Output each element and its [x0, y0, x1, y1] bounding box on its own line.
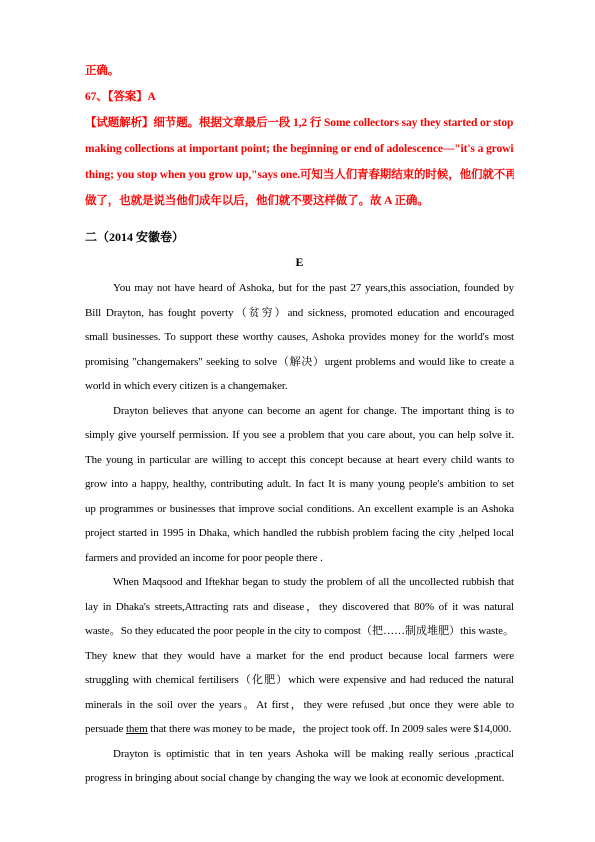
- text-line: making collections at important point; t…: [85, 136, 514, 162]
- passage-label: E: [85, 250, 514, 274]
- text-segment: grow into a happy, healthy, contributing…: [85, 478, 514, 490]
- text-segment: promising "changemakers" seeking to solv…: [85, 356, 514, 368]
- text-segment: 做了，也就是说当他们成年以后，他们就不要这样做了。故 A 正确。: [85, 195, 429, 207]
- text-segment: farmers and provided an income for poor …: [85, 552, 323, 564]
- text-line: small businesses. To support these worth…: [85, 325, 514, 350]
- paragraph: When Maqsood and Iftekhar began to study…: [85, 570, 514, 742]
- text-line: promising "changemakers" seeking to solv…: [85, 350, 514, 375]
- text-line: progress in bringing about social change…: [85, 766, 514, 791]
- text-segment: They knew that they would have a market …: [85, 650, 514, 662]
- answer-explanation-block: 正确。67、【答案】A【试题解析】细节题。根据文章最后一段 1,2 行 Some…: [85, 58, 514, 214]
- text-line: 67、【答案】A: [85, 84, 514, 110]
- text-line: waste。So they educated the poor people i…: [85, 619, 514, 644]
- reading-passage: You may not have heard of Ashoka, but fo…: [85, 276, 514, 791]
- text-segment: up programmes or businesses that improve…: [85, 503, 514, 515]
- text-segment: You may not have heard of Ashoka, but fo…: [113, 282, 514, 294]
- text-segment: Drayton believes that anyone can become …: [113, 405, 514, 417]
- text-segment: minerals in the soil over the years。At f…: [85, 699, 514, 711]
- text-segment: waste。So they educated the poor people i…: [85, 625, 514, 637]
- paragraph: 【试题解析】细节题。根据文章最后一段 1,2 行 Some collectors…: [85, 110, 514, 214]
- text-line: minerals in the soil over the years。At f…: [85, 693, 514, 718]
- text-segment: lay in Dhaka's streets,Attracting rats a…: [85, 601, 514, 613]
- text-segment: 【试题解析】细节题。根据文章最后一段 1,2 行 Some collectors…: [85, 117, 514, 129]
- text-segment: 67、【答案】A: [85, 91, 156, 103]
- text-line: grow into a happy, healthy, contributing…: [85, 472, 514, 497]
- paragraph: Drayton believes that anyone can become …: [85, 399, 514, 571]
- page-content: 正确。67、【答案】A【试题解析】细节题。根据文章最后一段 1,2 行 Some…: [85, 58, 514, 791]
- text-line: up programmes or businesses that improve…: [85, 497, 514, 522]
- text-segment: progress in bringing about social change…: [85, 772, 504, 784]
- text-segment: When Maqsood and Iftekhar began to study…: [113, 576, 514, 588]
- paragraph: You may not have heard of Ashoka, but fo…: [85, 276, 514, 399]
- text-line: You may not have heard of Ashoka, but fo…: [85, 276, 514, 301]
- text-line: Drayton is optimistic that in ten years …: [85, 742, 514, 767]
- text-line: simply give yourself permission. If you …: [85, 423, 514, 448]
- text-line: Drayton believes that anyone can become …: [85, 399, 514, 424]
- section-heading: 二（2014 安徽卷）: [85, 224, 514, 250]
- text-segment: that there was money to be made，the proj…: [148, 723, 512, 735]
- text-segment: persuade: [85, 723, 126, 735]
- text-line: 做了，也就是说当他们成年以后，他们就不要这样做了。故 A 正确。: [85, 188, 514, 214]
- text-line: world in which every citizen is a change…: [85, 374, 514, 399]
- text-line: They knew that they would have a market …: [85, 644, 514, 669]
- underlined-word: them: [126, 723, 148, 735]
- text-segment: world in which every citizen is a change…: [85, 380, 288, 392]
- text-line: farmers and provided an income for poor …: [85, 546, 514, 571]
- text-line: lay in Dhaka's streets,Attracting rats a…: [85, 595, 514, 620]
- paragraph: 正确。: [85, 58, 514, 84]
- text-segment: small businesses. To support these worth…: [85, 331, 514, 343]
- text-line: project started in 1995 in Dhaka, which …: [85, 521, 514, 546]
- text-segment: project started in 1995 in Dhaka, which …: [85, 527, 514, 539]
- text-segment: simply give yourself permission. If you …: [85, 429, 514, 441]
- text-line: The young in particular are willing to a…: [85, 448, 514, 473]
- text-segment: struggling with chemical fertilisers（化肥）…: [85, 674, 514, 686]
- paragraph: Drayton is optimistic that in ten years …: [85, 742, 514, 791]
- text-segment: Drayton is optimistic that in ten years …: [113, 748, 514, 760]
- text-line: When Maqsood and Iftekhar began to study…: [85, 570, 514, 595]
- text-segment: making collections at important point; t…: [85, 143, 514, 155]
- paragraph: 67、【答案】A: [85, 84, 514, 110]
- document-page: 正确。67、【答案】A【试题解析】细节题。根据文章最后一段 1,2 行 Some…: [0, 0, 595, 842]
- text-line: thing; you stop when you grow up,"says o…: [85, 162, 514, 188]
- text-line: struggling with chemical fertilisers（化肥）…: [85, 668, 514, 693]
- text-segment: Bill Drayton, has fought poverty（贫穷）and …: [85, 307, 514, 319]
- text-line: Bill Drayton, has fought poverty（贫穷）and …: [85, 301, 514, 326]
- text-line: 正确。: [85, 58, 514, 84]
- text-line: 【试题解析】细节题。根据文章最后一段 1,2 行 Some collectors…: [85, 110, 514, 136]
- text-line: persuade them that there was money to be…: [85, 717, 514, 742]
- text-segment: The young in particular are willing to a…: [85, 454, 514, 466]
- text-segment: thing; you stop when you grow up,"says o…: [85, 169, 514, 181]
- text-segment: 正确。: [85, 65, 119, 77]
